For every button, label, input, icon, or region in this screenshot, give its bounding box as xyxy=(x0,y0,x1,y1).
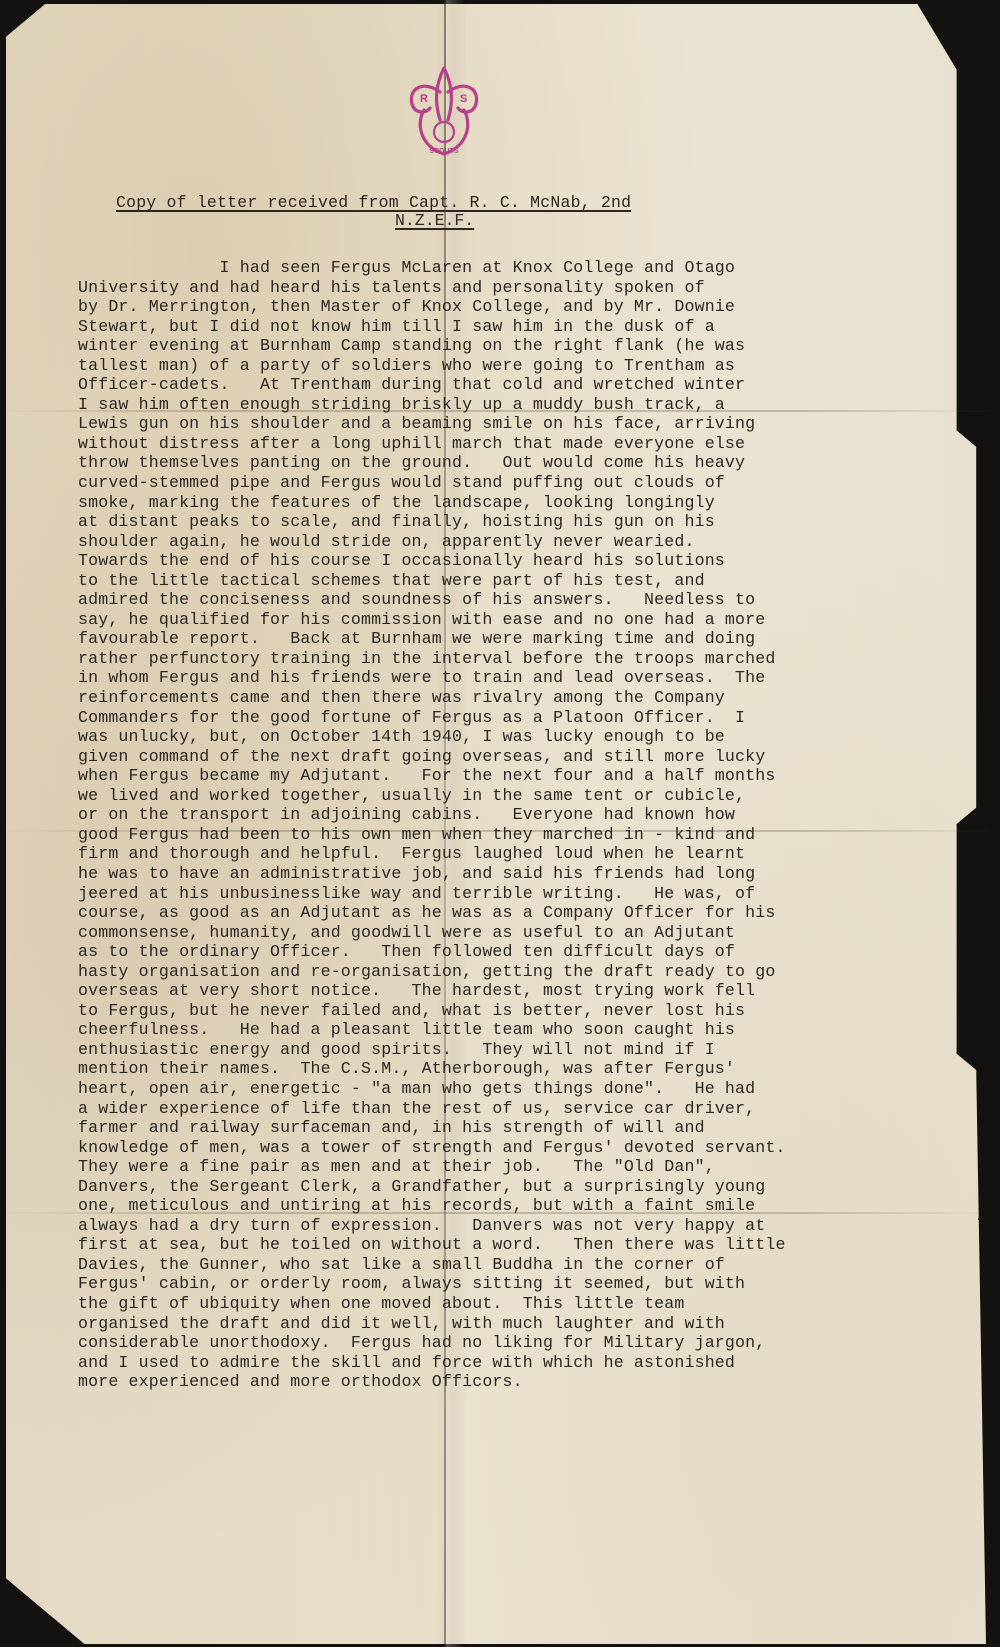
torn-edge xyxy=(980,800,1000,840)
body-line: admired the conciseness and soundness of… xyxy=(78,590,958,610)
body-line: throw themselves panting on the ground. … xyxy=(78,453,958,473)
torn-edge xyxy=(978,1110,1000,1220)
body-line: Fergus' cabin, or orderly room, always s… xyxy=(78,1274,958,1294)
body-line: jeered at his unbusinesslike way and ter… xyxy=(78,884,958,904)
body-line: one, meticulous and untiring at his reco… xyxy=(78,1196,958,1216)
body-line: Lewis gun on his shoulder and a beaming … xyxy=(78,414,958,434)
body-line: smoke, marking the features of the lands… xyxy=(78,493,958,513)
body-line: I saw him often enough striding briskly … xyxy=(78,395,958,415)
body-line: when Fergus became my Adjutant. For the … xyxy=(78,766,958,786)
body-line: in whom Fergus and his friends were to t… xyxy=(78,668,958,688)
body-line: Danvers, the Sergeant Clerk, a Grandfath… xyxy=(78,1177,958,1197)
body-line: given command of the next draft going ov… xyxy=(78,747,958,767)
body-line: Towards the end of his course I occasion… xyxy=(78,551,958,571)
body-line: They were a fine pair as men and at thei… xyxy=(78,1157,958,1177)
title-line-1: Copy of letter received from Capt. R. C.… xyxy=(116,193,631,212)
body-line: Stewart, but I did not know him till I s… xyxy=(78,317,958,337)
body-line: the gift of ubiquity when one moved abou… xyxy=(78,1294,958,1314)
body-line: cheerfulness. He had a pleasant little t… xyxy=(78,1020,958,1040)
body-line: and I used to admire the skill and force… xyxy=(78,1353,958,1373)
body-line: more experienced and more orthodox Offic… xyxy=(78,1372,958,1392)
body-line: Commanders for the good fortune of Fergu… xyxy=(78,708,958,728)
body-line: always had a dry turn of expression. Dan… xyxy=(78,1216,958,1236)
body-line: organised the draft and did it well, wit… xyxy=(78,1314,958,1334)
body-line: firm and thorough and helpful. Fergus la… xyxy=(78,844,958,864)
body-line: say, he qualified for his commission wit… xyxy=(78,610,958,630)
body-line: a wider experience of life than the rest… xyxy=(78,1099,958,1119)
body-line: farmer and railway surfaceman and, in hi… xyxy=(78,1118,958,1138)
body-line: or on the transport in adjoining cabins.… xyxy=(78,805,958,825)
body-line: reinforcements came and then there was r… xyxy=(78,688,958,708)
body-line: good Fergus had been to his own men when… xyxy=(78,825,958,845)
body-line: heart, open air, energetic - "a man who … xyxy=(78,1079,958,1099)
body-line: enthusiastic energy and good spirits. Th… xyxy=(78,1040,958,1060)
body-line: as to the ordinary Officer. Then followe… xyxy=(78,942,958,962)
body-line: we lived and worked together, usually in… xyxy=(78,786,958,806)
svg-text:SCOUTS: SCOUTS xyxy=(429,148,459,155)
title-line-2: N.Z.E.F. xyxy=(395,211,474,230)
body-line: by Dr. Merrington, then Master of Knox C… xyxy=(78,297,958,317)
body-line: knowledge of men, was a tower of strengt… xyxy=(78,1138,958,1158)
body-line: Davies, the Gunner, who sat like a small… xyxy=(78,1255,958,1275)
svg-text:S: S xyxy=(460,93,467,105)
body-line: to the little tactical schemes that were… xyxy=(78,571,958,591)
body-line: first at sea, but he toiled on without a… xyxy=(78,1235,958,1255)
body-line: without distress after a long uphill mar… xyxy=(78,434,958,454)
torn-edge xyxy=(978,418,1000,478)
body-line: hasty organisation and re-organisation, … xyxy=(78,962,958,982)
body-line: Officer-cadets. At Trentham during that … xyxy=(78,375,958,395)
body-line: overseas at very short notice. The harde… xyxy=(78,981,958,1001)
boy-scouts-emblem-icon: R S SCOUTS xyxy=(402,62,486,162)
body-line: considerable unorthodoxy. Fergus had no … xyxy=(78,1333,958,1353)
body-line: mention their names. The C.S.M., Atherbo… xyxy=(78,1059,958,1079)
body-line: to Fergus, but he never failed and, what… xyxy=(78,1001,958,1021)
body-line: curved-stemmed pipe and Fergus would sta… xyxy=(78,473,958,493)
body-line: University and had heard his talents and… xyxy=(78,278,958,298)
body-line: favourable report. Back at Burnham we we… xyxy=(78,629,958,649)
body-line: commonsense, humanity, and goodwill were… xyxy=(78,923,958,943)
body-line: rather perfunctory training in the inter… xyxy=(78,649,958,669)
body-line: shoulder again, he would stride on, appa… xyxy=(78,532,958,552)
body-line: tallest man) of a party of soldiers who … xyxy=(78,356,958,376)
body-line: I had seen Fergus McLaren at Knox Colleg… xyxy=(78,258,958,278)
letter-body: I had seen Fergus McLaren at Knox Colleg… xyxy=(78,258,958,1392)
body-line: he was to have an administrative job, an… xyxy=(78,864,958,884)
body-line: was unlucky, but, on October 14th 1940, … xyxy=(78,727,958,747)
svg-text:R: R xyxy=(420,93,428,105)
body-line: at distant peaks to scale, and finally, … xyxy=(78,512,958,532)
body-line: course, as good as an Adjutant as he was… xyxy=(78,903,958,923)
body-line: winter evening at Burnham Camp standing … xyxy=(78,336,958,356)
